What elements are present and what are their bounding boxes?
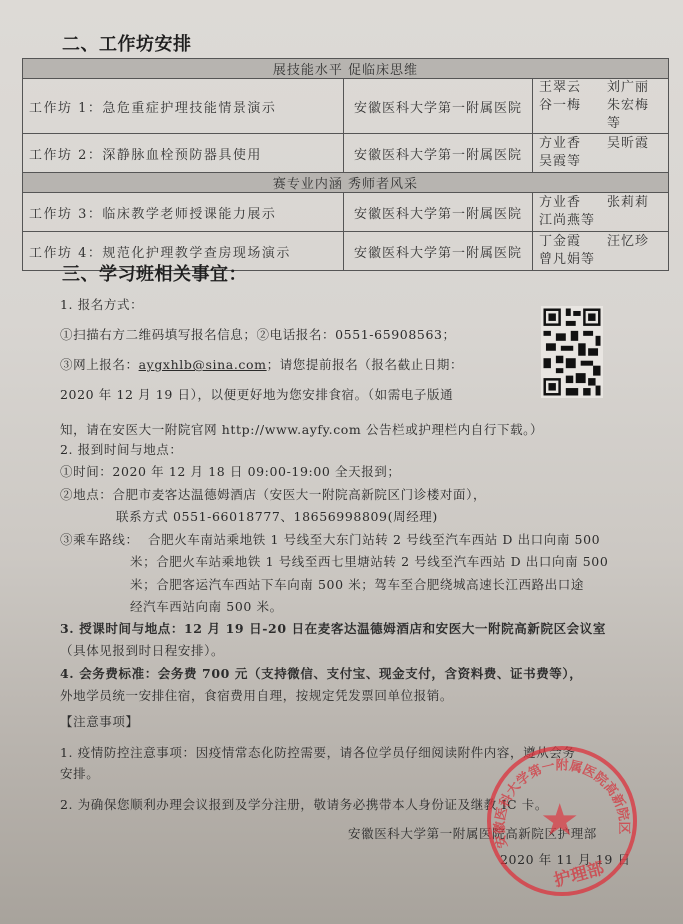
person: 刘广丽	[607, 79, 662, 97]
band-label: 展技能水平 促临床思维	[23, 59, 669, 79]
person	[607, 251, 662, 269]
person: 方业香	[539, 194, 607, 212]
route-line: 米；合肥客运汽车西站下车向南 500 米；驾车至合肥绕城高速长江西路出口途	[130, 575, 584, 593]
route-label: ③乘车路线：	[60, 530, 139, 548]
person: 江尚燕等	[539, 212, 607, 230]
table-band-row: 赛专业内涵 秀师者风采	[23, 173, 669, 193]
email-link[interactable]: aygxhlb@sina.com	[139, 357, 267, 372]
route-line: 米；合肥火车站乘地铁 1 号线至西七里塘站转 2 号线至汽车西站 D 出口向南 …	[130, 552, 608, 570]
workshop-org: 安徽医科大学第一附属医院	[344, 134, 533, 173]
notes-heading: 【注意事项】	[60, 712, 139, 730]
fee-line-1: 4. 会务费标准：会务费 700 元（支持微信、支付宝、现金支付，含资料费、证书…	[60, 664, 582, 682]
workshop-people: 方业香 吴昕霞 吴霞等	[533, 134, 669, 173]
route-line: 经汽车西站向南 500 米。	[130, 597, 283, 615]
table-row: 工作坊 2：深静脉血栓预防器具使用 安徽医科大学第一附属医院 方业香 吴昕霞 吴…	[23, 134, 669, 173]
band-label: 赛专业内涵 秀师者风采	[23, 173, 669, 193]
checkin-contact: 联系方式 0551-66018777、18656998809(周经理)	[116, 507, 438, 525]
person: 汪忆珍	[607, 233, 662, 251]
registration-deadline-text: ；请您提前报名（报名截止日期：	[267, 357, 464, 372]
seal-arc-text: 安徽医科大学第一附属医院高新院区	[487, 746, 637, 896]
lecture-line-1: 3. 授课时间与地点：12 月 19 日-20 日在麦客达温德姆酒店和安医大一附…	[60, 619, 606, 637]
registration-line-1: ①扫描右方二维码填写报名信息；②电话报名：0551-65908563；	[60, 325, 456, 343]
person: 朱宏梅等	[607, 97, 662, 133]
workshop-org: 安徽医科大学第一附属医院	[344, 232, 533, 271]
workshop-name: 工作坊 2：深静脉血栓预防器具使用	[23, 134, 344, 173]
registration-line-3: 2020 年 12 月 19 日），以便更好地为您安排食宿。（如需电子版通	[60, 385, 453, 403]
checkin-time: ①时间：2020 年 12 月 18 日 09:00-19:00 全天报到；	[60, 462, 401, 480]
person: 吴昕霞	[607, 135, 662, 153]
workshop-people: 方业香 张莉莉 江尚燕等	[533, 193, 669, 232]
section-2-title: 二、工作坊安排	[62, 30, 192, 56]
table-row: 工作坊 3：临床教学老师授课能力展示 安徽医科大学第一附属医院 方业香 张莉莉 …	[23, 193, 669, 232]
workshop-name: 工作坊 3：临床教学老师授课能力展示	[23, 193, 344, 232]
workshop-table: 展技能水平 促临床思维 工作坊 1：急危重症护理技能情景演示 安徽医科大学第一附…	[22, 58, 669, 271]
registration-line-4: 知，请在安医大一附院官网 http://www.ayfy.com 公告栏或护理栏…	[60, 420, 543, 438]
svg-text:安徽医科大学第一附属医院高新院区: 安徽医科大学第一附属医院高新院区	[492, 757, 632, 849]
person: 王翠云	[539, 79, 607, 97]
table-row: 工作坊 1：急危重症护理技能情景演示 安徽医科大学第一附属医院 王翠云 刘广丽 …	[23, 79, 669, 134]
section-3-title: 三、学习班相关事宜：	[62, 260, 247, 286]
fee-line-2: 外地学员统一安排住宿，食宿费用自理，按规定凭发票回单位报销。	[60, 686, 453, 704]
person: 方业香	[539, 135, 607, 153]
table-band-row: 展技能水平 促临床思维	[23, 59, 669, 79]
workshop-people: 丁金霞 汪忆珍 曾凡娟等	[533, 232, 669, 271]
person: 丁金霞	[539, 233, 607, 251]
person: 曾凡娟等	[539, 251, 607, 269]
note-2: 2. 为确保您顺利办理会议报到及学分注册，敬请务必携带本人身份证及继教 IC 卡…	[60, 795, 548, 813]
person	[607, 212, 662, 230]
route-line: 合肥火车南站乘地铁 1 号线至大东门站转 2 号线至汽车西站 D 出口向南 50…	[148, 530, 600, 548]
workshop-org: 安徽医科大学第一附属医院	[344, 193, 533, 232]
lecture-line-2: （具体见报到时日程安排）。	[60, 641, 224, 659]
person: 谷一梅	[539, 97, 607, 133]
checkin-place: ②地点：合肥市麦客达温德姆酒店（安医大一附院高新院区门诊楼对面），	[60, 485, 486, 503]
registration-heading: 1. 报名方式：	[60, 295, 143, 313]
person	[607, 153, 662, 171]
workshop-people: 王翠云 刘广丽 谷一梅 朱宏梅等	[533, 79, 669, 134]
checkin-heading: 2. 报到时间与地点：	[60, 440, 183, 458]
qr-code-icon[interactable]	[541, 306, 603, 398]
workshop-org: 安徽医科大学第一附属医院	[344, 79, 533, 134]
workshop-name: 工作坊 1：急危重症护理技能情景演示	[23, 79, 344, 134]
person: 张莉莉	[607, 194, 662, 212]
registration-line-2: ③网上报名：aygxhlb@sina.com；请您提前报名（报名截止日期：	[60, 355, 463, 373]
registration-online-label: ③网上报名：	[60, 357, 139, 372]
note-1-line-2: 安排。	[60, 764, 99, 782]
person: 吴霞等	[539, 153, 607, 171]
